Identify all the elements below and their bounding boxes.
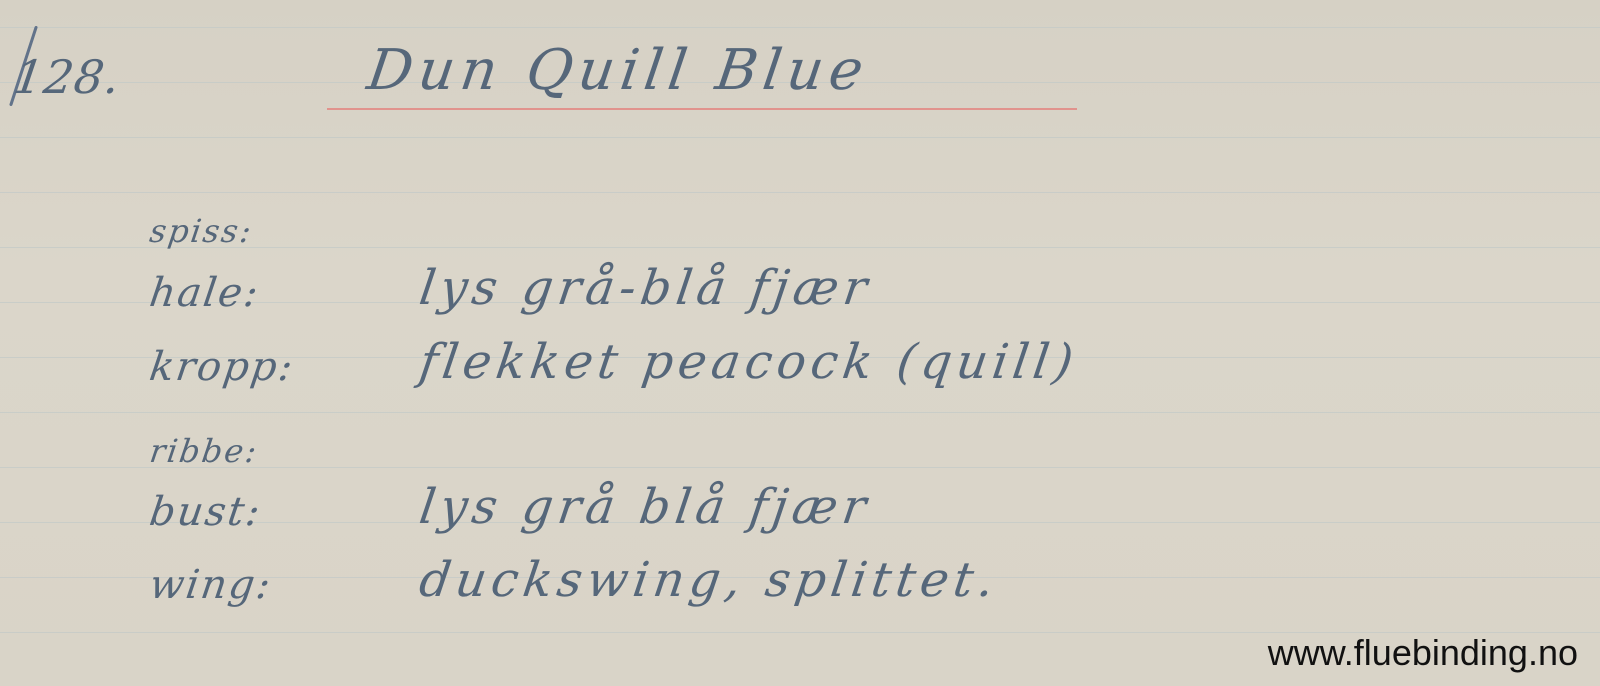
ruled-line <box>0 412 1600 413</box>
ruled-line <box>0 137 1600 138</box>
fly-title: Dun Quill Blue <box>363 38 873 103</box>
recipe-label: bust: <box>147 489 265 535</box>
title-underline <box>327 108 1077 110</box>
recipe-label: kropp: <box>147 344 298 390</box>
ruled-line <box>0 192 1600 193</box>
recipe-label: spiss: <box>147 212 255 250</box>
ruled-line <box>0 27 1600 28</box>
recipe-label: ribbe: <box>147 432 261 470</box>
recipe-value: lys grå blå fjær <box>416 479 874 535</box>
recipe-value: duckswing, splittet. <box>416 552 1002 608</box>
recipe-value: flekket peacock (quill) <box>416 334 1081 390</box>
recipe-label: hale: <box>147 270 263 316</box>
entry-number: 128. <box>10 50 124 104</box>
recipe-label: wing: <box>147 562 275 608</box>
website-watermark: www.fluebinding.no <box>1268 632 1578 674</box>
recipe-value: lys grå-blå fjær <box>416 260 875 316</box>
notebook-page: 128. Dun Quill Blue spiss: hale: lys grå… <box>0 0 1600 686</box>
